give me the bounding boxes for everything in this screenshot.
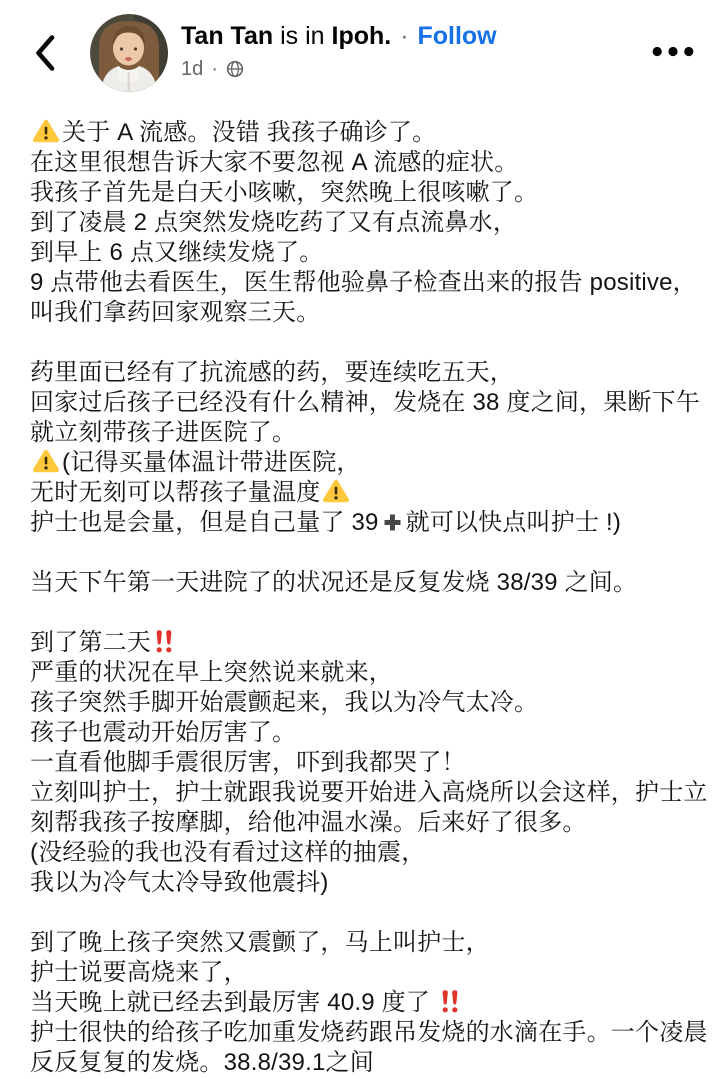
post-text-line: 当天晚上就已经去到最厉害 40.9 度了 (30, 988, 708, 1018)
post-text-line: 到早上 6 点又继续发烧了。 (30, 238, 708, 268)
location-link[interactable]: Ipoh. (332, 22, 392, 50)
post-text: 当天晚上就已经去到最厉害 40.9 度了 (30, 989, 437, 1016)
post-text: 药里面已经有了抗流感的药，要连续吃五天， (30, 359, 514, 386)
post-text: (没经验的我也没有看过这样的抽震， (30, 839, 425, 866)
post-text-line: 就立刻带孩子进医院了。 (30, 418, 708, 448)
more-options-button[interactable] (648, 38, 698, 65)
post-body: 关于 A 流感。没错 我孩子确诊了。在这里很想告诉大家不要忽视 A 流感的症状。… (30, 118, 708, 1078)
post-text-line: 到了凌晨 2 点突然发烧吃药了又有点流鼻水， (30, 208, 708, 238)
double-exclamation-icon (440, 989, 460, 1013)
header-text: Tan Tan is in Ipoh. · Follow 1d · (181, 22, 497, 80)
post-paragraph: 药里面已经有了抗流感的药，要连续吃五天，回家过后孩子已经没有什么精神，发烧在 3… (30, 358, 708, 538)
post-text-line: 9 点带他去看医生，医生帮他验鼻子检查出来的报告 positive， (30, 268, 708, 298)
post-text: 回家过后孩子已经没有什么精神，发烧在 38 度之间，果断下午 (30, 389, 700, 416)
post-text-line: 关于 A 流感。没错 我孩子确诊了。 (30, 118, 708, 148)
warning-triangle-icon (33, 119, 59, 143)
post-text: 9 点带他去看医生，医生帮他验鼻子检查出来的报告 positive， (30, 269, 697, 296)
post-text-line: 我以为冷气太冷导致他震抖) (30, 868, 708, 898)
post-text-line: 药里面已经有了抗流感的药，要连续吃五天， (30, 358, 708, 388)
post-text-line: 回家过后孩子已经没有什么精神，发烧在 38 度之间，果断下午 (30, 388, 708, 418)
post-text: 当天下午第一天进院了的状况还是反复发烧 38/39 之间。 (30, 569, 637, 596)
post-text: 护士很快的给孩子吃加重发烧药跟吊发烧的水滴在手。一个凌晨 (30, 1019, 708, 1046)
avatar[interactable] (90, 14, 168, 92)
post-text-line: 到了第二天 (30, 628, 708, 658)
post-text: 我孩子首先是白天小咳嗽，突然晚上很咳嗽了。 (30, 179, 538, 206)
post-text: 到了第二天 (30, 629, 151, 656)
post-text-line: (记得买量体温计带进医院， (30, 448, 708, 478)
post-text-line: 反反复复的发烧。38.8/39.1之间 (30, 1048, 708, 1078)
post-text-line: 孩子突然手脚开始震颤起来，我以为冷气太冷。 (30, 688, 708, 718)
post-text: 就立刻带孩子进医院了。 (30, 419, 296, 446)
meta-row: 1d · (181, 58, 497, 80)
post-text-line: 护士也是会量，但是自己量了 39就可以快点叫护士 !) (30, 508, 708, 538)
follow-button[interactable]: Follow (417, 22, 496, 50)
post-header: Tan Tan is in Ipoh. · Follow 1d · (0, 0, 720, 112)
post-text: 无时无刻可以帮孩子量温度 (30, 479, 320, 506)
post-text-line: 叫我们拿药回家观察三天。 (30, 298, 708, 328)
post-text-line: 当天下午第一天进院了的状况还是反复发烧 38/39 之间。 (30, 568, 708, 598)
post-text-line: 孩子也震动开始厉害了。 (30, 718, 708, 748)
context-text: is in (280, 22, 324, 50)
double-exclamation-icon (154, 629, 174, 653)
warning-triangle-icon (33, 449, 59, 473)
post-text-line: 严重的状况在早上突然说来就来， (30, 658, 708, 688)
post-text-line: 刻帮我孩子按摩脚，给他冲温水澡。后来好了很多。 (30, 808, 708, 838)
warning-triangle-icon (323, 479, 349, 503)
heavy-plus-icon (383, 513, 402, 532)
post-text: 护士也是会量，但是自己量了 39 (30, 509, 379, 536)
post-paragraph: 关于 A 流感。没错 我孩子确诊了。在这里很想告诉大家不要忽视 A 流感的症状。… (30, 118, 708, 328)
post-text: 关于 A 流感。没错 我孩子确诊了。 (62, 119, 436, 146)
post-text-line: (没经验的我也没有看过这样的抽震， (30, 838, 708, 868)
post-text-line: 立刻叫护士，护士就跟我说要开始进入高烧所以会这样，护士立 (30, 778, 708, 808)
post-text: 就可以快点叫护士 !) (406, 509, 622, 536)
chevron-left-icon (33, 34, 56, 75)
post-text: (记得买量体温计带进医院， (62, 449, 361, 476)
separator-dot: · (398, 22, 410, 50)
ellipsis-icon (652, 46, 694, 57)
post-text: 严重的状况在早上突然说来就来， (30, 659, 393, 686)
post-text: 在这里很想告诉大家不要忽视 A 流感的症状。 (30, 149, 518, 176)
post-text: 到早上 6 点又继续发烧了。 (30, 239, 323, 266)
post-text-line: 到了晚上孩子突然又震颤了，马上叫护士， (30, 928, 708, 958)
post-text: 我以为冷气太冷导致他震抖) (30, 869, 329, 896)
post-text-line: 护士很快的给孩子吃加重发烧药跟吊发烧的水滴在手。一个凌晨 (30, 1018, 708, 1048)
post-text: 孩子也震动开始厉害了。 (30, 719, 296, 746)
post-text-line: 无时无刻可以帮孩子量温度 (30, 478, 708, 508)
post-text: 到了凌晨 2 点突然发烧吃药了又有点流鼻水， (30, 209, 517, 236)
post-text-line: 护士说要高烧来了， (30, 958, 708, 988)
post-text: 一直看他脚手震很厉害，吓到我都哭了！ (30, 749, 466, 776)
post-text: 反反复复的发烧。38.8/39.1之间 (30, 1049, 374, 1076)
post-text: 孩子突然手脚开始震颤起来，我以为冷气太冷。 (30, 689, 538, 716)
post-text: 刻帮我孩子按摩脚，给他冲温水澡。后来好了很多。 (30, 809, 587, 836)
post-text-line: 我孩子首先是白天小咳嗽，突然晚上很咳嗽了。 (30, 178, 708, 208)
post-text: 立刻叫护士，护士就跟我说要开始进入高烧所以会这样，护士立 (30, 779, 708, 806)
post-text: 到了晚上孩子突然又震颤了，马上叫护士， (30, 929, 490, 956)
profile-name[interactable]: Tan Tan (181, 22, 273, 50)
post-paragraph: 到了晚上孩子突然又震颤了，马上叫护士，护士说要高烧来了，当天晚上就已经去到最厉害… (30, 928, 708, 1078)
globe-icon (226, 60, 244, 78)
post-text-line: 在这里很想告诉大家不要忽视 A 流感的症状。 (30, 148, 708, 178)
post-text: 护士说要高烧来了， (30, 959, 248, 986)
post-text: 叫我们拿药回家观察三天。 (30, 299, 320, 326)
meta-dot: · (211, 58, 218, 80)
post-text-line: 一直看他脚手震很厉害，吓到我都哭了！ (30, 748, 708, 778)
timestamp: 1d (181, 58, 203, 80)
post-paragraph: 当天下午第一天进院了的状况还是反复发烧 38/39 之间。 (30, 568, 708, 598)
post-paragraph: 到了第二天严重的状况在早上突然说来就来，孩子突然手脚开始震颤起来，我以为冷气太冷… (30, 628, 708, 898)
back-button[interactable] (24, 30, 64, 78)
name-row: Tan Tan is in Ipoh. · Follow (181, 22, 497, 51)
